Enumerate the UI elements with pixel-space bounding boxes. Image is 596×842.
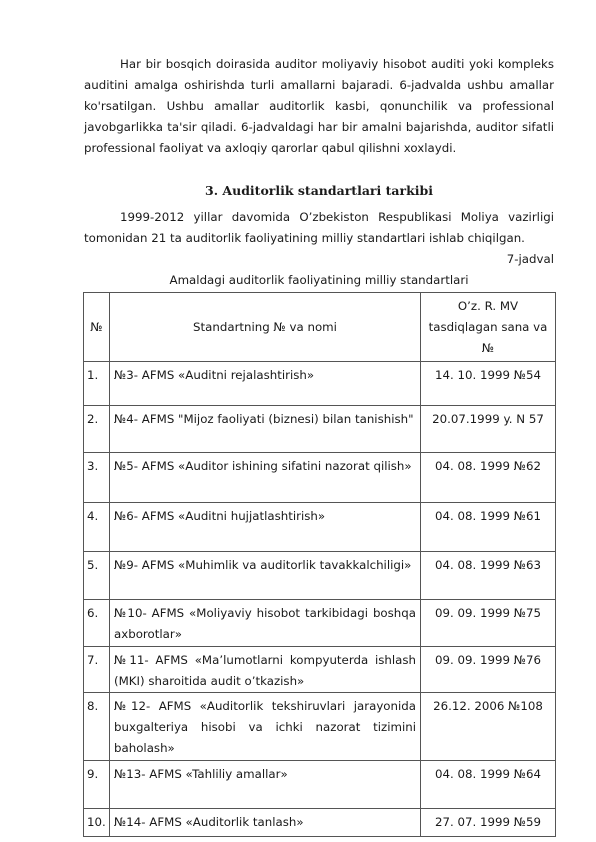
header-standard-name: Standartning № va nomi [110,293,421,362]
table-row: 10. №14- AFMS «Auditorlik tanlash» 27. 0… [84,809,556,837]
row-number: 7. [84,647,110,693]
approval-date: 04. 08. 1999 №62 [421,453,556,503]
standard-name: №12- AFMS «Auditorlik tekshiruvlari jara… [110,693,421,761]
table-row: 1. №3- AFMS «Auditni rejalashtirish» 14.… [84,362,556,406]
table-row: 4. №6- AFMS «Auditni hujjatlashtirish» 0… [84,503,556,552]
intro-paragraph: Har bir bosqich doirasida auditor moliya… [84,54,554,159]
row-number: 8. [84,693,110,761]
row-number: 2. [84,406,110,453]
standards-table: № Standartning № va nomi O’z. R. MV tasd… [83,292,556,837]
standard-name: №9- AFMS «Muhimlik va auditorlik tavakka… [110,552,421,600]
approval-date: 04. 08. 1999 №61 [421,503,556,552]
approval-date: 04. 08. 1999 №64 [421,761,556,809]
standard-name: №4- AFMS "Mijoz faoliyati (biznesi) bila… [110,406,421,453]
header-approval-date: O’z. R. MV tasdiqlagan sana va № [421,293,556,362]
standard-name: №11- AFMS «Ma’lumotlarni kompyuterda ish… [110,647,421,693]
standard-name: №6- AFMS «Auditni hujjatlashtirish» [110,503,421,552]
table-row: 9. №13- AFMS «Tahliliy amallar» 04. 08. … [84,761,556,809]
row-number: 9. [84,761,110,809]
standard-name: №14- AFMS «Auditorlik tanlash» [110,809,421,837]
table-row: 2. №4- AFMS "Mijoz faoliyati (biznesi) b… [84,406,556,453]
standard-name: №10- AFMS «Moliyaviy hisobot tarkibidagi… [110,600,421,647]
row-number: 5. [84,552,110,600]
table-number: 7-jadval [84,249,554,270]
standard-name: №3- AFMS «Auditni rejalashtirish» [110,362,421,406]
header-number: № [84,293,110,362]
row-number: 4. [84,503,110,552]
approval-date: 09. 09. 1999 №76 [421,647,556,693]
table-row: 6. №10- AFMS «Moliyaviy hisobot tarkibid… [84,600,556,647]
approval-date: 04. 08. 1999 №63 [421,552,556,600]
standards-paragraph: 1999-2012 yillar davomida O’zbekiston Re… [84,207,554,249]
row-number: 1. [84,362,110,406]
approval-date: 20.07.1999 y. N 57 [421,406,556,453]
section-heading: 3. Auditorlik standartlari tarkibi [84,183,554,198]
row-number: 6. [84,600,110,647]
standard-name: №5- AFMS «Auditor ishining sifatini nazo… [110,453,421,503]
table-row: 8. №12- AFMS «Auditorlik tekshiruvlari j… [84,693,556,761]
table-row: 5. №9- AFMS «Muhimlik va auditorlik tava… [84,552,556,600]
table-row: 3. №5- AFMS «Auditor ishining sifatini n… [84,453,556,503]
approval-date: 09. 09. 1999 №75 [421,600,556,647]
table-header-row: № Standartning № va nomi O’z. R. MV tasd… [84,293,556,362]
table-row: 7. №11- AFMS «Ma’lumotlarni kompyuterda … [84,647,556,693]
row-number: 10. [84,809,110,837]
table-title: Amaldagi auditorlik faoliyatining milliy… [84,270,554,291]
approval-date: 26.12. 2006 №108 [421,693,556,761]
approval-date: 14. 10. 1999 №54 [421,362,556,406]
row-number: 3. [84,453,110,503]
standard-name: №13- AFMS «Tahliliy amallar» [110,761,421,809]
approval-date: 27. 07. 1999 №59 [421,809,556,837]
